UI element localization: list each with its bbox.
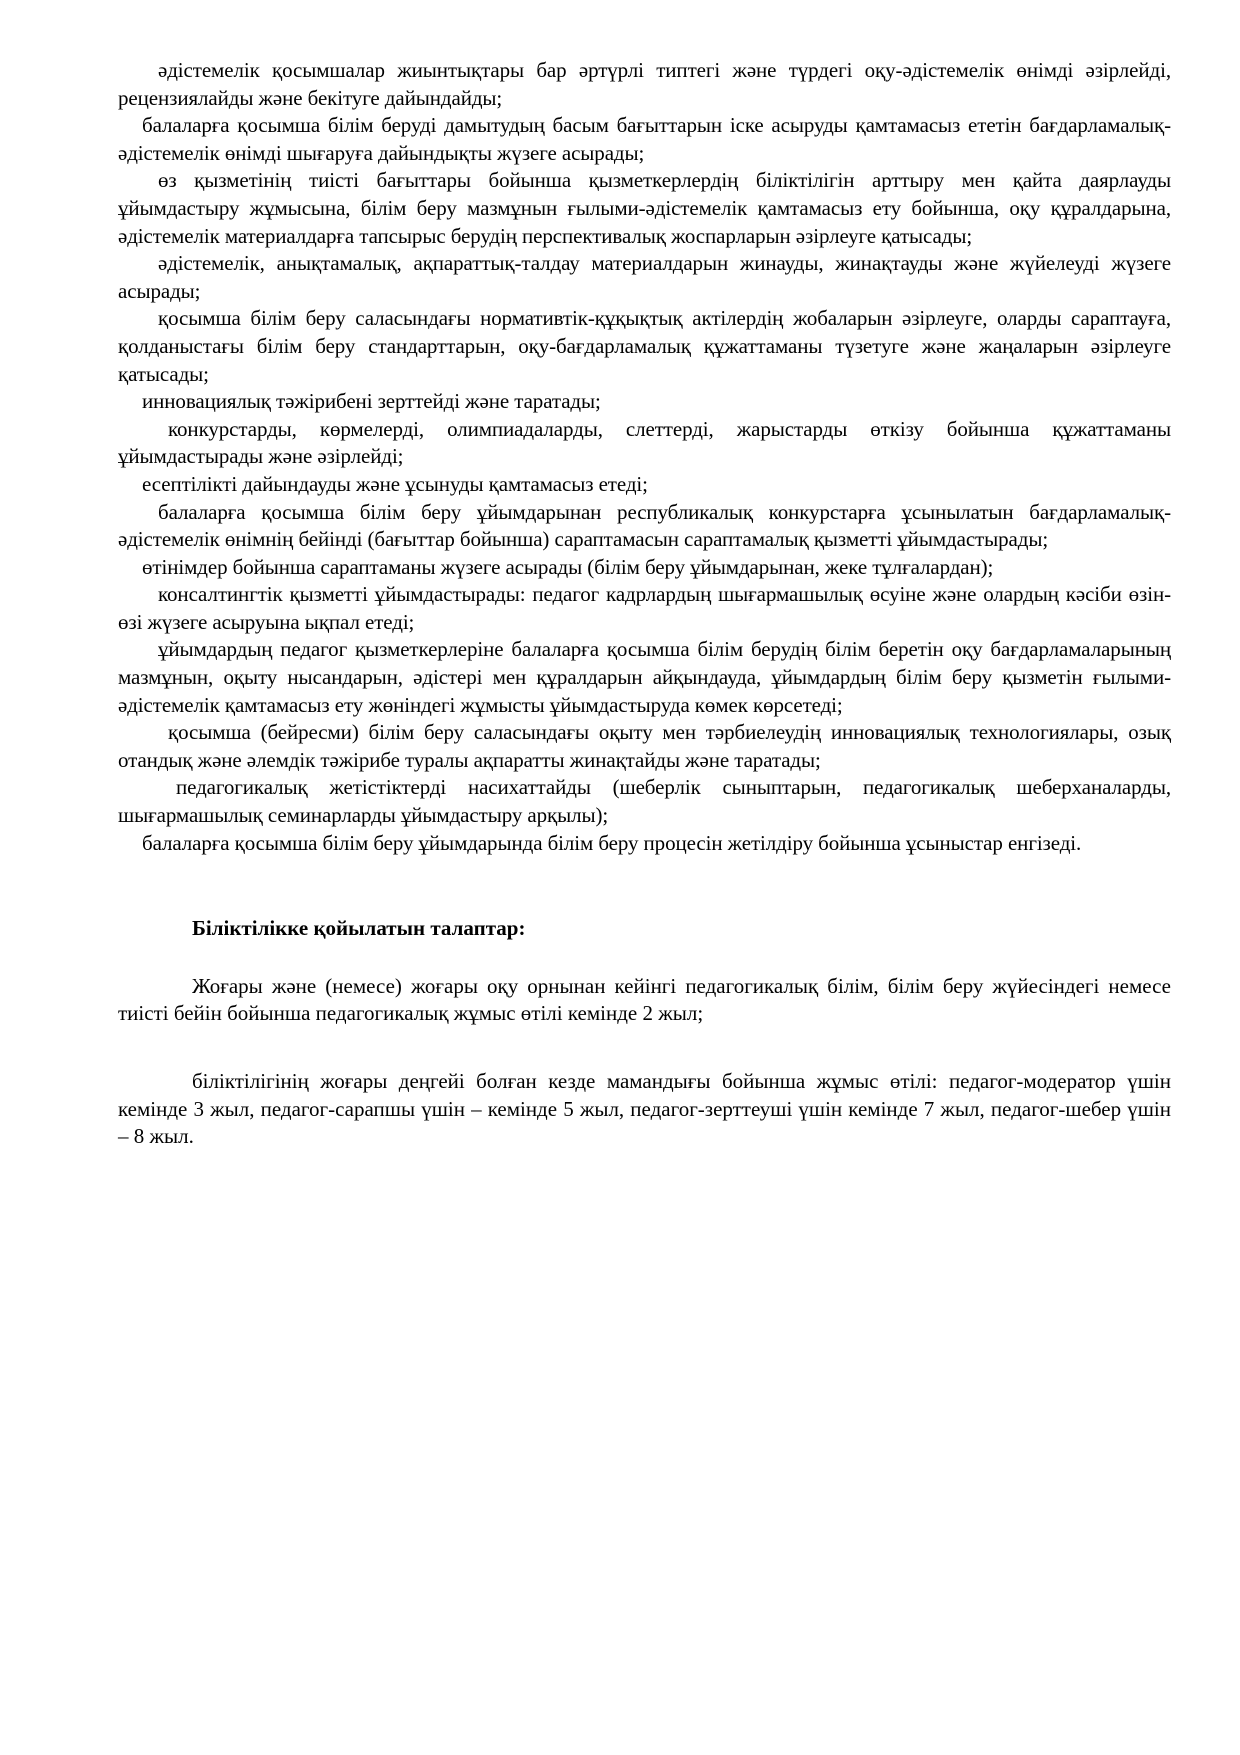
- requirement-paragraph: Жоғары және (немесе) жоғары оқу орнынан …: [118, 973, 1171, 1028]
- spacer: [118, 857, 1171, 915]
- spacer: [118, 1028, 1171, 1068]
- duty-paragraph: қосымша (бейресми) білім беру саласындағ…: [118, 719, 1171, 774]
- duty-paragraph: әдістемелік қосымшалар жиынтықтары бар ә…: [118, 57, 1171, 112]
- duty-paragraph: өз қызметінің тиісті бағыттары бойынша қ…: [118, 167, 1171, 250]
- document-page: әдістемелік қосымшалар жиынтықтары бар ә…: [118, 57, 1171, 1151]
- duty-paragraph: қосымша білім беру саласындағы нормативт…: [118, 305, 1171, 388]
- requirement-paragraph: біліктілігінің жоғары деңгейі болған кез…: [118, 1068, 1171, 1151]
- duty-paragraph: балаларға қосымша білім беру ұйымдарында…: [118, 830, 1171, 858]
- duty-paragraph: ұйымдардың педагог қызметкерлеріне балал…: [118, 636, 1171, 719]
- duty-paragraph: балаларға қосымша білім беру ұйымдарынан…: [118, 499, 1171, 554]
- duty-paragraph: консалтингтік қызметті ұйымдастырады: пе…: [118, 581, 1171, 636]
- duty-paragraph: өтінімдер бойынша сараптаманы жүзеге асы…: [118, 554, 1171, 582]
- qualification-heading: Біліктілікке қойылатын талаптар:: [118, 915, 1171, 943]
- duty-paragraph: конкурстарды, көрмелерді, олимпиадаларды…: [118, 416, 1171, 471]
- duty-paragraph: педагогикалық жетістіктерді насихаттайды…: [118, 774, 1171, 829]
- duty-paragraph: есептілікті дайындауды және ұсынуды қамт…: [118, 471, 1171, 499]
- duty-paragraph: балаларға қосымша білім беруді дамытудың…: [118, 112, 1171, 167]
- duty-paragraph: әдістемелік, анықтамалық, ақпараттық-тал…: [118, 250, 1171, 305]
- spacer: [118, 943, 1171, 973]
- duty-paragraph: инновациялық тәжірибені зерттейді және т…: [118, 388, 1171, 416]
